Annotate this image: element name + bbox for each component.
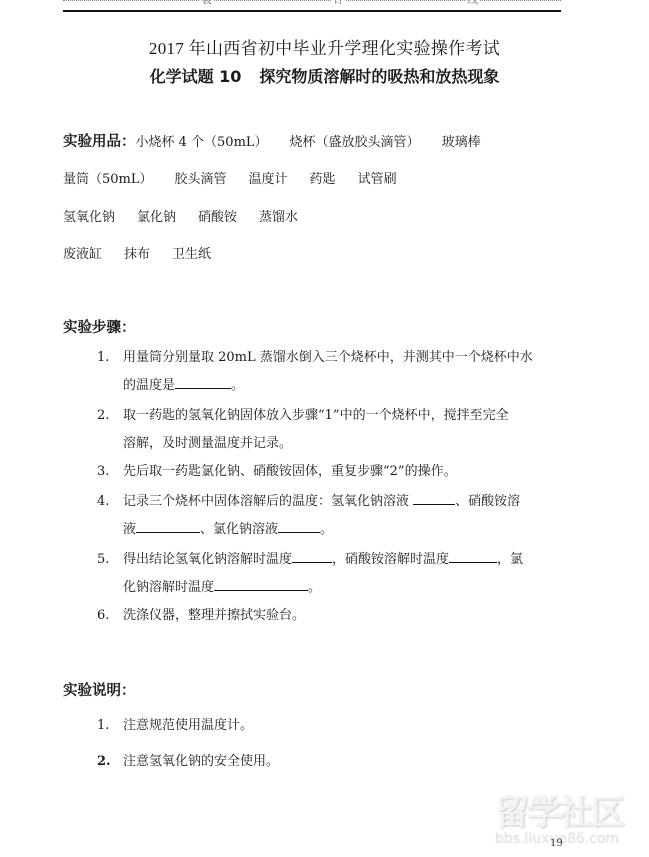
material-item: 氯化钠 (137, 210, 176, 225)
material-item: 温度计 (249, 172, 288, 187)
step-text-line1: 取一药匙的氢氧化钠固体放入步骤“1”中的一个烧杯中，搅拌至完全 (123, 402, 567, 430)
note-text: 注意规范使用温度计。 (123, 712, 567, 740)
answer-blank[interactable] (136, 518, 200, 533)
steps-heading: 实验步骤： (63, 316, 136, 337)
materials-label: 实验用品： (63, 134, 136, 150)
dotted-rule (63, 0, 561, 1)
answer-blank[interactable] (278, 518, 320, 533)
material-item: 废液缸 (63, 247, 102, 262)
step-number: 4. (97, 488, 121, 516)
material-item: 玻璃棒 (442, 135, 481, 150)
step-text: ，氯 (497, 552, 523, 567)
step-text: ，硝酸铵溶解时温度 (332, 552, 449, 567)
step-6: 6. 洗涤仪器，整理并擦拭实验台。 (97, 602, 567, 630)
material-item: 抹布 (124, 247, 150, 262)
step-3: 3. 先后取一药匙氯化钠、硝酸铵固体，重复步骤“2”的操作。 (97, 458, 567, 486)
answer-blank[interactable] (449, 548, 497, 563)
step-number: 1. (97, 344, 121, 372)
material-item: 卫生纸 (172, 247, 211, 262)
page-title: 2017 年山西省初中毕业升学理化实验操作考试 (0, 34, 649, 59)
note-1: 1. 注意规范使用温度计。 (97, 712, 567, 740)
material-item: 试管刷 (358, 172, 397, 187)
step-2: 2. 取一药匙的氢氧化钠固体放入步骤“1”中的一个烧杯中，搅拌至完全 溶解，及时… (97, 402, 567, 458)
step-number: 2. (97, 402, 121, 430)
material-item: 小烧杯 4 个（50mL） (136, 135, 268, 150)
material-item: 胶头滴管 (175, 172, 227, 187)
binding-mark-xian: 线 (465, 0, 480, 5)
step-text: 、硝酸铵溶 (455, 494, 520, 509)
material-item: 量筒（50mL） (63, 172, 153, 187)
step-text-line2: 液、氯化钠溶液。 (123, 516, 567, 544)
step-text: 。 (320, 522, 333, 537)
material-item: 硝酸铵 (198, 210, 237, 225)
page-number: 19 (550, 838, 563, 849)
step-text-line2: 化钠溶解时温度。 (123, 574, 567, 602)
note-2: 2. 注意氢氧化钠的安全使用。 (97, 748, 567, 776)
step-number: 6. (97, 602, 121, 630)
step-number: 5. (97, 546, 121, 574)
step-text-line1: 用量筒分别量取 20mL 蒸馏水倒入三个烧杯中，并测其中一个烧杯中水 (123, 344, 567, 372)
answer-blank[interactable] (175, 374, 231, 389)
watermark-url: bbs.liuxue86.com (495, 831, 645, 847)
step-text-line1: 得出结论氢氧化钠溶解时温度，硝酸铵溶解时温度，氯 (123, 546, 567, 574)
step-text-line2: 的温度是。 (123, 372, 567, 400)
material-item: 蒸馏水 (259, 210, 298, 225)
materials-row-3: 氢氧化钠氯化钠硝酸铵蒸馏水 (63, 206, 320, 225)
step-1: 1. 用量筒分别量取 20mL 蒸馏水倒入三个烧杯中，并测其中一个烧杯中水 的温… (97, 344, 567, 400)
page-subtitle: 化学试题 10探究物质溶解时的吸热和放热现象 (0, 64, 649, 87)
answer-blank[interactable] (413, 490, 455, 505)
step-number: 3. (97, 458, 121, 486)
material-item: 烧杯（盛放胶头滴管） (290, 135, 420, 150)
watermark-title: 留学社区 (495, 795, 645, 831)
answer-blank[interactable] (214, 576, 308, 591)
step-text: 记录三个烧杯中固体溶解后的温度：氢氧化钠溶液 (123, 494, 413, 509)
step-text: 。 (231, 378, 244, 393)
step-text: 液 (123, 522, 136, 537)
step-text: 得出结论氢氧化钠溶解时温度 (123, 552, 292, 567)
binding-line: 装 订 线 (63, 0, 561, 12)
step-text: 。 (308, 580, 321, 595)
note-text: 注意氢氧化钠的安全使用。 (123, 748, 567, 776)
step-text: 的温度是 (123, 378, 175, 393)
subtitle-topic: 探究物质溶解时的吸热和放热现象 (259, 67, 499, 86)
notes-heading: 实验说明： (63, 679, 136, 700)
material-item: 氢氧化钠 (63, 210, 115, 225)
materials-row-4: 废液缸抹布卫生纸 (63, 243, 233, 262)
answer-blank[interactable] (292, 548, 332, 563)
materials-row-1: 实验用品：小烧杯 4 个（50mL）烧杯（盛放胶头滴管）玻璃棒 (63, 130, 503, 151)
material-item: 药匙 (310, 172, 336, 187)
subtitle-prefix: 化学试题 10 (150, 67, 242, 86)
binding-mark-zhuang: 装 (199, 0, 214, 5)
note-number: 2. (97, 748, 121, 776)
binding-mark-ding: 订 (331, 0, 346, 5)
step-text-line2: 溶解，及时测量温度并记录。 (123, 430, 567, 458)
step-4: 4. 记录三个烧杯中固体溶解后的温度：氢氧化钠溶液 、硝酸铵溶 液、氯化钠溶液。 (97, 488, 567, 544)
watermark: 留学社区 bbs.liuxue86.com (495, 795, 645, 855)
step-text: 化钠溶解时温度 (123, 580, 214, 595)
step-text: 、氯化钠溶液 (200, 522, 278, 537)
step-5: 5. 得出结论氢氧化钠溶解时温度，硝酸铵溶解时温度，氯 化钠溶解时温度。 (97, 546, 567, 602)
materials-row-2: 量筒（50mL）胶头滴管温度计药匙试管刷 (63, 168, 419, 187)
note-number: 1. (97, 712, 121, 740)
step-text-line1: 洗涤仪器，整理并擦拭实验台。 (123, 602, 567, 630)
step-text-line1: 记录三个烧杯中固体溶解后的温度：氢氧化钠溶液 、硝酸铵溶 (123, 488, 567, 516)
step-text-line1: 先后取一药匙氯化钠、硝酸铵固体，重复步骤“2”的操作。 (123, 458, 567, 486)
